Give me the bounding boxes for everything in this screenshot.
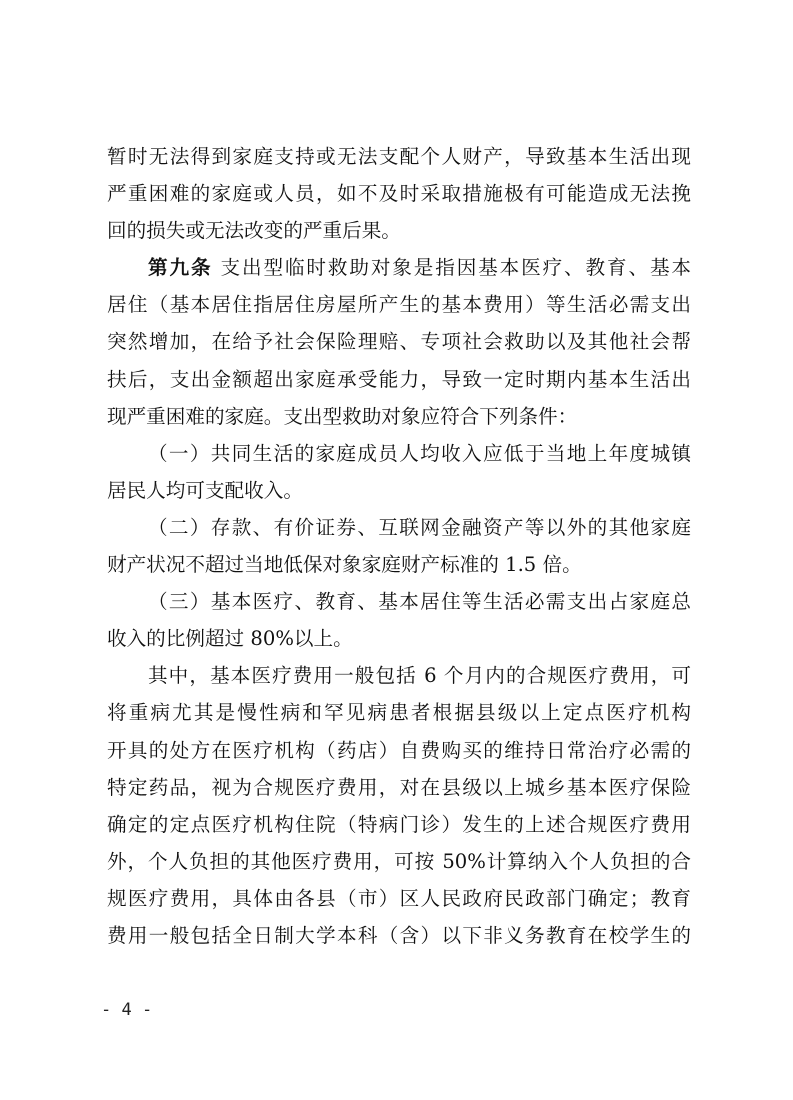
- text-line-10: 居民人均可支配收入。: [107, 472, 691, 509]
- text-line-20: 外，个人负担的其他医疗费用，可按 50%计算纳入个人负担的合: [107, 843, 691, 880]
- text-line-21: 规医疗费用，具体由各县（市）区人民政府民政部门确定；教育: [107, 880, 691, 917]
- condition-1-line: （一）共同生活的家庭成员人均收入应低于当地上年度城镇: [107, 435, 691, 472]
- text-line-3: 回的损失或无法改变的严重后果。: [107, 212, 691, 249]
- condition-3-line: （三）基本医疗、教育、基本居住等生活必需支出占家庭总: [107, 583, 691, 620]
- condition-2-line: （二）存款、有价证券、互联网金融资产等以外的其他家庭: [107, 509, 691, 546]
- text-line-6: 突然增加，在给予社会保险理赔、专项社会救助以及其他社会帮: [107, 323, 691, 360]
- page-number: - 4 -: [101, 998, 152, 1022]
- medical-expense-paragraph-start: 其中，基本医疗费用一般包括 6 个月内的合规医疗费用，可: [107, 657, 691, 694]
- text-line-22: 费用一般包括全日制大学本科（含）以下非义务教育在校学生的: [107, 917, 691, 954]
- document-page: 暂时无法得到家庭支持或无法支配个人财产，导致基本生活出现 严重困难的家庭或人员，…: [0, 0, 793, 1100]
- article-label: 第九条: [148, 256, 212, 279]
- text-line-18: 特定药品，视为合规医疗费用，对在县级以上城乡基本医疗保险: [107, 769, 691, 806]
- text-line-17: 开具的处方在医疗机构（药店）自费购买的维持日常治疗必需的: [107, 732, 691, 769]
- article-9-heading-line: 第九条 支出型临时救助对象是指因基本医疗、教育、基本: [107, 249, 691, 286]
- text-line-5: 居住（基本居住指居住房屋所产生的基本费用）等生活必需支出: [107, 286, 691, 323]
- text-line-12: 财产状况不超过当地低保对象家庭财产标准的 1.5 倍。: [107, 546, 691, 583]
- text-line-2: 严重困难的家庭或人员，如不及时采取措施极有可能造成无法挽: [107, 175, 691, 212]
- text-line-8: 现严重困难的家庭。支出型救助对象应符合下列条件：: [107, 398, 691, 435]
- document-body: 暂时无法得到家庭支持或无法支配个人财产，导致基本生活出现 严重困难的家庭或人员，…: [107, 138, 691, 954]
- text-line-14: 收入的比例超过 80%以上。: [107, 620, 691, 657]
- text-line-19: 确定的定点医疗机构住院（特病门诊）发生的上述合规医疗费用: [107, 806, 691, 843]
- text-line-16: 将重病尤其是慢性病和罕见病患者根据县级以上定点医疗机构: [107, 694, 691, 731]
- article-9-text: 支出型临时救助对象是指因基本医疗、教育、基本: [212, 256, 691, 279]
- text-line-1: 暂时无法得到家庭支持或无法支配个人财产，导致基本生活出现: [107, 138, 691, 175]
- text-line-7: 扶后，支出金额超出家庭承受能力，导致一定时期内基本生活出: [107, 361, 691, 398]
